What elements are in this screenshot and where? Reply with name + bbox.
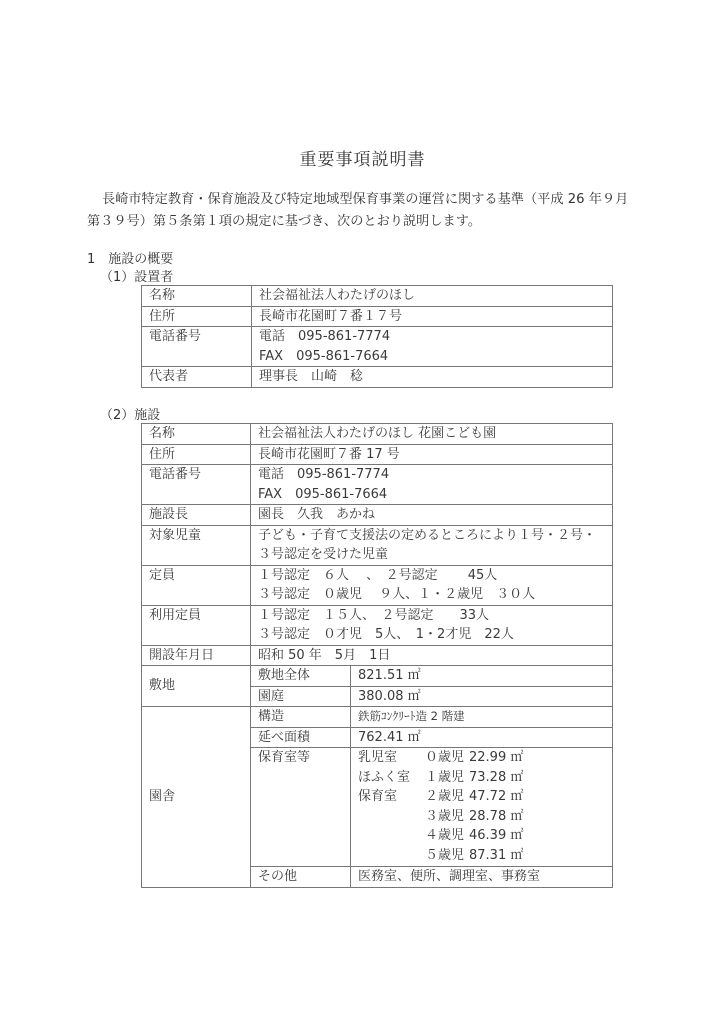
row-value: 長崎市花園町７番 17 号: [251, 444, 613, 465]
list-item: ４歳児46.39 ㎡: [358, 826, 523, 846]
table-row: 対象児童 子ども・子育て支援法の定めるところにより１号・２号・ ３号認定を受けた…: [142, 525, 613, 565]
room-area: 46.39 ㎡: [469, 826, 523, 846]
founder-table: 名称 社会福祉法人わたげのほし 住所 長崎市花園町７番１７号 電話番号 電話 0…: [141, 285, 613, 388]
sub-label: 敷地全体: [251, 666, 351, 687]
row-value: 昭和 50 年 5月 1日: [251, 645, 613, 666]
table-row: 開設年月日 昭和 50 年 5月 1日: [142, 645, 613, 666]
room-name: [358, 807, 425, 827]
row-label: 電話番号: [142, 465, 251, 505]
row-label: 名称: [142, 286, 252, 307]
facility-table: 名称 社会福祉法人わたげのほし 花園こども園 住所 長崎市花園町７番 17 号 …: [141, 423, 613, 888]
room-area: 87.31 ㎡: [469, 846, 523, 866]
row-label: 開設年月日: [142, 645, 251, 666]
room-age: ３歳児: [425, 807, 469, 827]
sub-value: 医務室、便所、調理室、事務室: [351, 867, 613, 888]
value-line: ３号認定 ０歳児 ９人、１・２歳児 ３０人: [258, 585, 612, 605]
value-line: １号認定 １５人、 ２号認定 33人: [258, 606, 612, 626]
row-label: 敷地: [142, 666, 251, 707]
rooms-list: 乳児室０歳児22.99 ㎡ ほふく室１歳児73.28 ㎡ 保育室２歳児47.72…: [351, 748, 613, 867]
table-row: 園舎 構造 鉄筋ｺﾝｸﾘｰﾄ造 2 階建: [142, 707, 613, 728]
table-row: 電話番号 電話 095-861-7774 FAX 095-861-7664: [142, 465, 613, 505]
room-name: 保育室: [358, 787, 425, 807]
sub-label: 構造: [251, 707, 351, 728]
row-value: 理事長 山崎 稔: [252, 367, 613, 388]
room-age: ４歳児: [425, 826, 469, 846]
row-value: 社会福祉法人わたげのほし 花園こども園: [251, 424, 613, 445]
fax-number: FAX 095-861-7664: [258, 485, 612, 505]
row-label: 施設長: [142, 505, 251, 526]
row-label: 対象児童: [142, 525, 251, 565]
room-age: ２歳児: [425, 787, 469, 807]
table-row: 定員 １号認定 ６人 、 ２号認定 45人 ３号認定 ０歳児 ９人、１・２歳児 …: [142, 565, 613, 605]
row-value: １号認定 ６人 、 ２号認定 45人 ３号認定 ０歳児 ９人、１・２歳児 ３０人: [251, 565, 613, 605]
list-item: 乳児室０歳児22.99 ㎡: [358, 748, 523, 768]
table-row: 代表者 理事長 山崎 稔: [142, 367, 613, 388]
row-label: 園舎: [142, 707, 251, 888]
intro-line-2: 第３９号）第５条第１項の規定に基づき、次のとおり説明します。: [87, 210, 481, 229]
sub-label: 保育室等: [251, 748, 351, 867]
table-row: 利用定員 １号認定 １５人、 ２号認定 33人 ３号認定 ０才児 5人、 1・2…: [142, 605, 613, 645]
document-title: 重要事項説明書: [0, 145, 725, 170]
phone-number: 電話 095-861-7774: [258, 465, 612, 485]
table-row: 名称 社会福祉法人わたげのほし 花園こども園: [142, 424, 613, 445]
row-label: 住所: [142, 306, 252, 327]
room-age: １歳児: [425, 768, 469, 788]
sub-value: 380.08 ㎡: [351, 686, 613, 707]
sub-label: その他: [251, 867, 351, 888]
table-row: 住所 長崎市花園町７番 17 号: [142, 444, 613, 465]
room-area: 73.28 ㎡: [469, 768, 523, 788]
value-line: １号認定 ６人 、 ２号認定 45人: [258, 566, 612, 586]
room-name: 乳児室: [358, 748, 425, 768]
row-label: 名称: [142, 424, 251, 445]
room-area: 22.99 ㎡: [469, 748, 523, 768]
row-value: 社会福祉法人わたげのほし: [252, 286, 613, 307]
room-name: ほふく室: [358, 768, 425, 788]
value-line: 子ども・子育て支援法の定めるところにより１号・２号・: [258, 526, 612, 546]
phone-number: 電話 095-861-7774: [259, 327, 612, 347]
row-label: 利用定員: [142, 605, 251, 645]
table-row: 電話番号 電話 095-861-7774 FAX 095-861-7664: [142, 327, 613, 367]
subsection-heading-founder: （1）設置者: [100, 266, 173, 285]
sub-value: 鉄筋ｺﾝｸﾘｰﾄ造 2 階建: [351, 707, 613, 728]
table-row: 施設長 園長 久我 あかね: [142, 505, 613, 526]
row-label: 定員: [142, 565, 251, 605]
table-row: 敷地 敷地全体 821.51 ㎡: [142, 666, 613, 687]
row-value: 子ども・子育て支援法の定めるところにより１号・２号・ ３号認定を受けた児童: [251, 525, 613, 565]
fax-number: FAX 095-861-7664: [259, 347, 612, 367]
row-value: 電話 095-861-7774 FAX 095-861-7664: [251, 465, 613, 505]
row-value: 園長 久我 あかね: [251, 505, 613, 526]
row-value: 電話 095-861-7774 FAX 095-861-7664: [252, 327, 613, 367]
row-label: 住所: [142, 444, 251, 465]
row-label: 代表者: [142, 367, 252, 388]
subsection-heading-facility: （2）施設: [100, 404, 160, 423]
intro-line-1: 長崎市特定教育・保育施設及び特定地域型保育事業の運営に関する基準（平成 26 年…: [102, 188, 628, 207]
list-item: ほふく室１歳児73.28 ㎡: [358, 768, 523, 788]
room-area: 47.72 ㎡: [469, 787, 523, 807]
list-item: ５歳児87.31 ㎡: [358, 846, 523, 866]
sub-value: 821.51 ㎡: [351, 666, 613, 687]
sub-label: 園庭: [251, 686, 351, 707]
room-age: ０歳児: [425, 748, 469, 768]
value-line: ３号認定 ０才児 5人、 1・2才児 22人: [258, 625, 612, 645]
section-heading: 1 施設の概要: [87, 248, 173, 267]
room-name: [358, 846, 425, 866]
table-row: 名称 社会福祉法人わたげのほし: [142, 286, 613, 307]
list-item: 保育室２歳児47.72 ㎡: [358, 787, 523, 807]
sub-label: 延べ面積: [251, 727, 351, 748]
room-name: [358, 826, 425, 846]
room-age: ５歳児: [425, 846, 469, 866]
sub-value: 762.41 ㎡: [351, 727, 613, 748]
row-value: １号認定 １５人、 ２号認定 33人 ３号認定 ０才児 5人、 1・2才児 22…: [251, 605, 613, 645]
table-row: 住所 長崎市花園町７番１７号: [142, 306, 613, 327]
value-line: ３号認定を受けた児童: [258, 545, 612, 565]
row-label: 電話番号: [142, 327, 252, 367]
row-value: 長崎市花園町７番１７号: [252, 306, 613, 327]
room-area: 28.78 ㎡: [469, 807, 523, 827]
list-item: ３歳児28.78 ㎡: [358, 807, 523, 827]
